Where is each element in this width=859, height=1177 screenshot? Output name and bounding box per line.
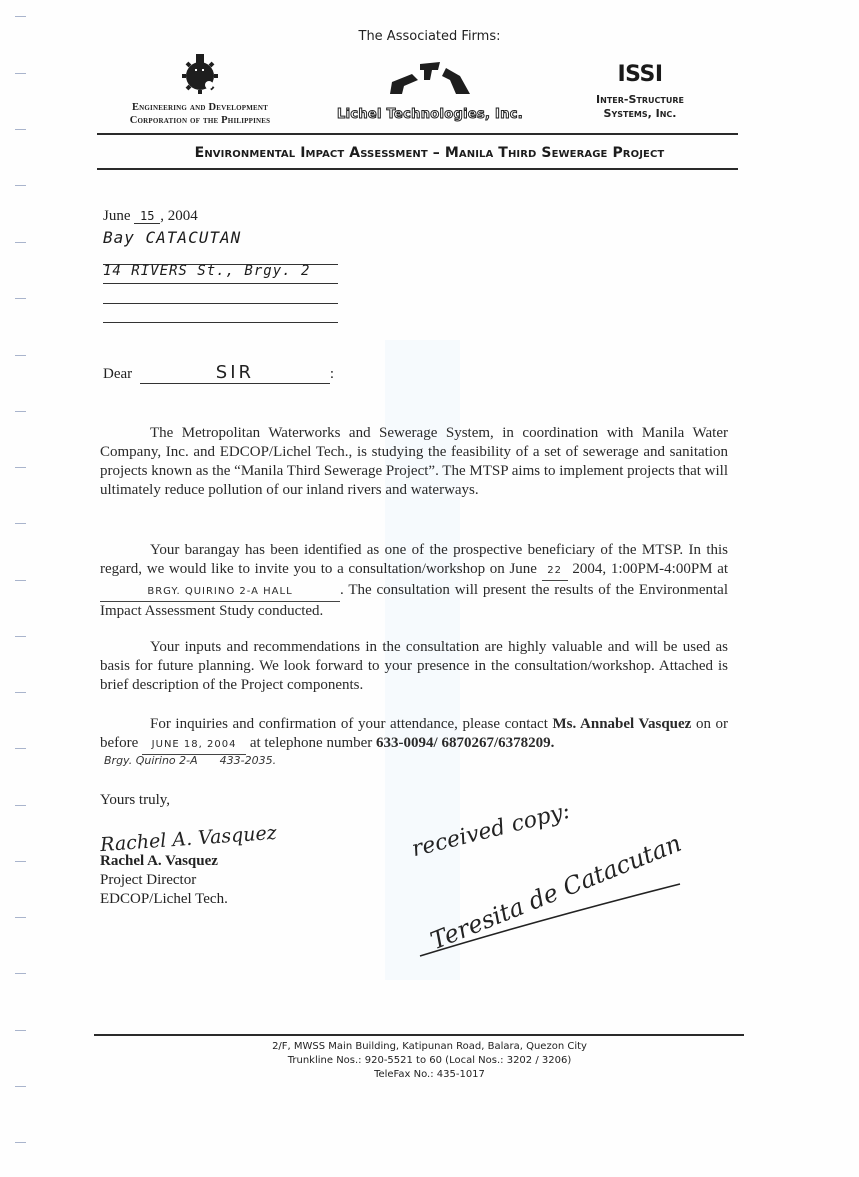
signer-block: Rachel A. Vasquez Project Director EDCOP… — [100, 852, 228, 909]
salutation: Dear SIR: — [103, 362, 334, 384]
issi-mark: ISSI — [560, 62, 720, 87]
lichel-name: Lichel Technologies, Inc. — [330, 107, 530, 122]
venue-handwritten: BRGY. QUIRINO 2-A HALL — [100, 582, 340, 602]
project-title: Environmental Impact Assessment – Manila… — [0, 145, 859, 161]
arc-segments-icon — [382, 58, 478, 98]
letter-date: June 15, 2004 — [103, 208, 198, 225]
paragraph-3: Your inputs and recommendations in the c… — [100, 638, 728, 695]
paragraph-4: For inquiries and confirmation of your a… — [100, 715, 728, 755]
edcop-logo: Engineering and Development Corporation … — [100, 52, 300, 127]
address-line — [103, 283, 338, 284]
sender-signature: Rachel A. Vasquez — [99, 822, 277, 856]
contact-name: Ms. Annabel Vasquez — [553, 716, 692, 732]
address-line — [103, 322, 338, 323]
address-line — [103, 303, 338, 304]
issi-logo: ISSI Inter-Structure Systems, Inc. — [560, 62, 720, 121]
signer-org: EDCOP/Lichel Tech. — [100, 890, 228, 909]
closing: Yours truly, — [100, 792, 170, 809]
edcop-name: Engineering and Development Corporation … — [100, 101, 300, 127]
signer-title: Project Director — [100, 871, 228, 890]
workshop-day-handwritten: 22 — [542, 561, 568, 581]
recipient-line-1: Bay CATACUTAN — [103, 228, 241, 247]
footer: 2/F, MWSS Main Building, Katipunan Road,… — [0, 1040, 859, 1082]
date-day-handwritten: 15 — [134, 209, 160, 224]
phone-numbers: 633-0094/ 6870267/6378209. — [376, 735, 554, 751]
lichel-logo: Lichel Technologies, Inc. — [330, 58, 530, 122]
paragraph-1: The Metropolitan Waterworks and Sewerage… — [100, 424, 728, 500]
paragraph-2: Your barangay has been identified as one… — [100, 541, 728, 621]
deadline-handwritten: JUNE 18, 2004 — [142, 735, 246, 755]
issi-name: Inter-Structure Systems, Inc. — [560, 93, 720, 121]
handwritten-note: Brgy. Quirino 2-A433-2035. — [104, 754, 298, 767]
footer-address: 2/F, MWSS Main Building, Katipunan Road,… — [0, 1040, 859, 1054]
associated-firms-label: The Associated Firms: — [0, 29, 859, 44]
signature-underline — [418, 880, 688, 960]
salutation-name-handwritten: SIR — [216, 362, 254, 383]
signer-name: Rachel A. Vasquez — [100, 852, 228, 871]
gear-building-icon — [178, 52, 222, 96]
header-rule-top — [97, 133, 738, 135]
header-rule-bottom — [97, 168, 738, 170]
recipient-line-2: 14 RIVERS St., Brgy. 2 — [103, 263, 310, 279]
footer-telefax: TeleFax No.: 435-1017 — [0, 1068, 859, 1082]
footer-rule — [94, 1034, 744, 1036]
footer-trunkline: Trunkline Nos.: 920-5521 to 60 (Local No… — [0, 1054, 859, 1068]
